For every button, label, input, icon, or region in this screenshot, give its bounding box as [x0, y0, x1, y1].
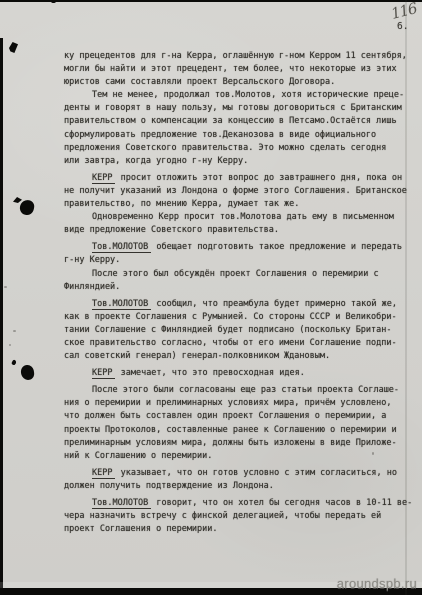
text-line: сформулировать предложение тов.Деканозов… [64, 129, 416, 142]
text-line: предложения Советского правительства. Эт… [64, 142, 416, 155]
text-line: ний к Соглашению о перемирии. [64, 450, 416, 463]
text-line: правительством о компенсации за концесси… [64, 115, 416, 128]
scan-edge-notch [51, 0, 56, 3]
text-line: Одновременно Керр просит тов.Молотова да… [64, 211, 416, 224]
text-line: ское правительство согласно, чтобы от ег… [64, 337, 416, 350]
paragraph: ку прецедентов для г-на Керра, оглашённу… [64, 50, 416, 89]
paragraph: КЕРР замечает, что это превосходная идея… [64, 367, 416, 380]
paragraph: Тов.МОЛОТОВ сообщил, что преамбула будет… [64, 298, 416, 363]
text-line: сал советский генерал) генерал-полковник… [64, 350, 416, 363]
text-line: После этого был обсуждён проект Соглашен… [64, 268, 416, 281]
ink-speck [9, 344, 11, 346]
text-line: Финляндией. [64, 281, 416, 294]
scan-edge-top [0, 0, 422, 2]
text-line: денты и говорят в нашу пользу, мы готовы… [64, 102, 416, 115]
text-line: Тов.МОЛОТОВ говорит, что он хотел бы сег… [64, 497, 416, 510]
paragraph: Тем не менее, продолжал тов.Молотов, хот… [64, 89, 416, 168]
ink-blot-dot [11, 359, 17, 365]
speaker-name: КЕРР [92, 368, 115, 379]
text-line: г-ну Керру. [64, 254, 416, 267]
text-line: или завтра, когда угодно г-ну Керру. [64, 155, 416, 168]
text-line: чера назначить встречу с финской делегац… [64, 510, 416, 523]
ink-speck [4, 286, 7, 288]
paragraph: Одновременно Керр просит тов.Молотова да… [64, 211, 416, 237]
text-line: что должен быть составлен один проект Со… [64, 410, 416, 423]
paragraph: После этого были согласованы еще раз ста… [64, 384, 416, 463]
text-line: виде предложение Советского правительств… [64, 224, 416, 237]
text-line: Тем не менее, продолжал тов.Молотов, хот… [64, 89, 416, 102]
text-line: как в проекте Соглашения с Румынией. Со … [64, 311, 416, 324]
scanned-document-page: 116 6. ку прецедентов для г-на Керра, ог… [0, 0, 422, 595]
paragraph: КЕРР указывает, что он готов условно с э… [64, 467, 416, 493]
text-line: После этого были согласованы еще раз ста… [64, 384, 416, 397]
text-line: Тов.МОЛОТОВ сообщил, что преамбула будет… [64, 298, 416, 311]
paragraph: Тов.МОЛОТОВ говорит, что он хотел бы сег… [64, 497, 416, 536]
speaker-name: Тов.МОЛОТОВ [92, 242, 151, 253]
text-line: могли бы найти и этот прецедент, тем бол… [64, 63, 416, 76]
text-line: КЕРР просит отложить этот вопрос до завт… [64, 172, 416, 185]
page-number: 6. [397, 21, 408, 32]
speaker-name: КЕРР [92, 468, 115, 479]
ink-blot [20, 364, 35, 381]
text-line: проект Соглашения о перемирии. [64, 523, 416, 536]
ink-speck [372, 452, 374, 455]
text-line: КЕРР замечает, что это превосходная идея… [64, 367, 416, 380]
speaker-name: КЕРР [92, 173, 115, 184]
scan-edge-left [0, 38, 3, 595]
speaker-name: Тов.МОЛОТОВ [92, 299, 151, 310]
speaker-name: Тов.МОЛОТОВ [92, 498, 151, 509]
paragraph: Тов.МОЛОТОВ обещает подготовить такое пр… [64, 241, 416, 267]
ink-blot [19, 199, 36, 217]
text-line: КЕРР указывает, что он готов условно с э… [64, 467, 416, 480]
text-line: должен получить подтверждение из Лондона… [64, 480, 416, 493]
text-line: тании Соглашение с Финляндией будет подп… [64, 324, 416, 337]
ink-speck [13, 330, 16, 332]
text-line: ку прецедентов для г-на Керра, оглашённу… [64, 50, 416, 63]
text-line: прелиминарным условиям мира, должны быть… [64, 437, 416, 450]
handwritten-mark: 116 [389, 0, 418, 23]
paragraph: После этого был обсуждён проект Соглашен… [64, 268, 416, 294]
text-line: Тов.МОЛОТОВ обещает подготовить такое пр… [64, 241, 416, 254]
text-line: правительство, по мнению Керра, думает т… [64, 198, 416, 211]
text-line: ния о перемирии и прелиминарных условиях… [64, 397, 416, 410]
text-line: юристов сами составляли проект Версальск… [64, 76, 416, 89]
paragraph: КЕРР просит отложить этот вопрос до завт… [64, 172, 416, 211]
ink-check-mark [9, 42, 18, 53]
watermark: aroundspb.ru [337, 576, 417, 591]
text-line: проекты Протоколов, составленные ранее к… [64, 424, 416, 437]
text-line: не получит указаний из Лондона о форме э… [64, 185, 416, 198]
document-text: ку прецедентов для г-на Керра, оглашённу… [64, 50, 416, 536]
